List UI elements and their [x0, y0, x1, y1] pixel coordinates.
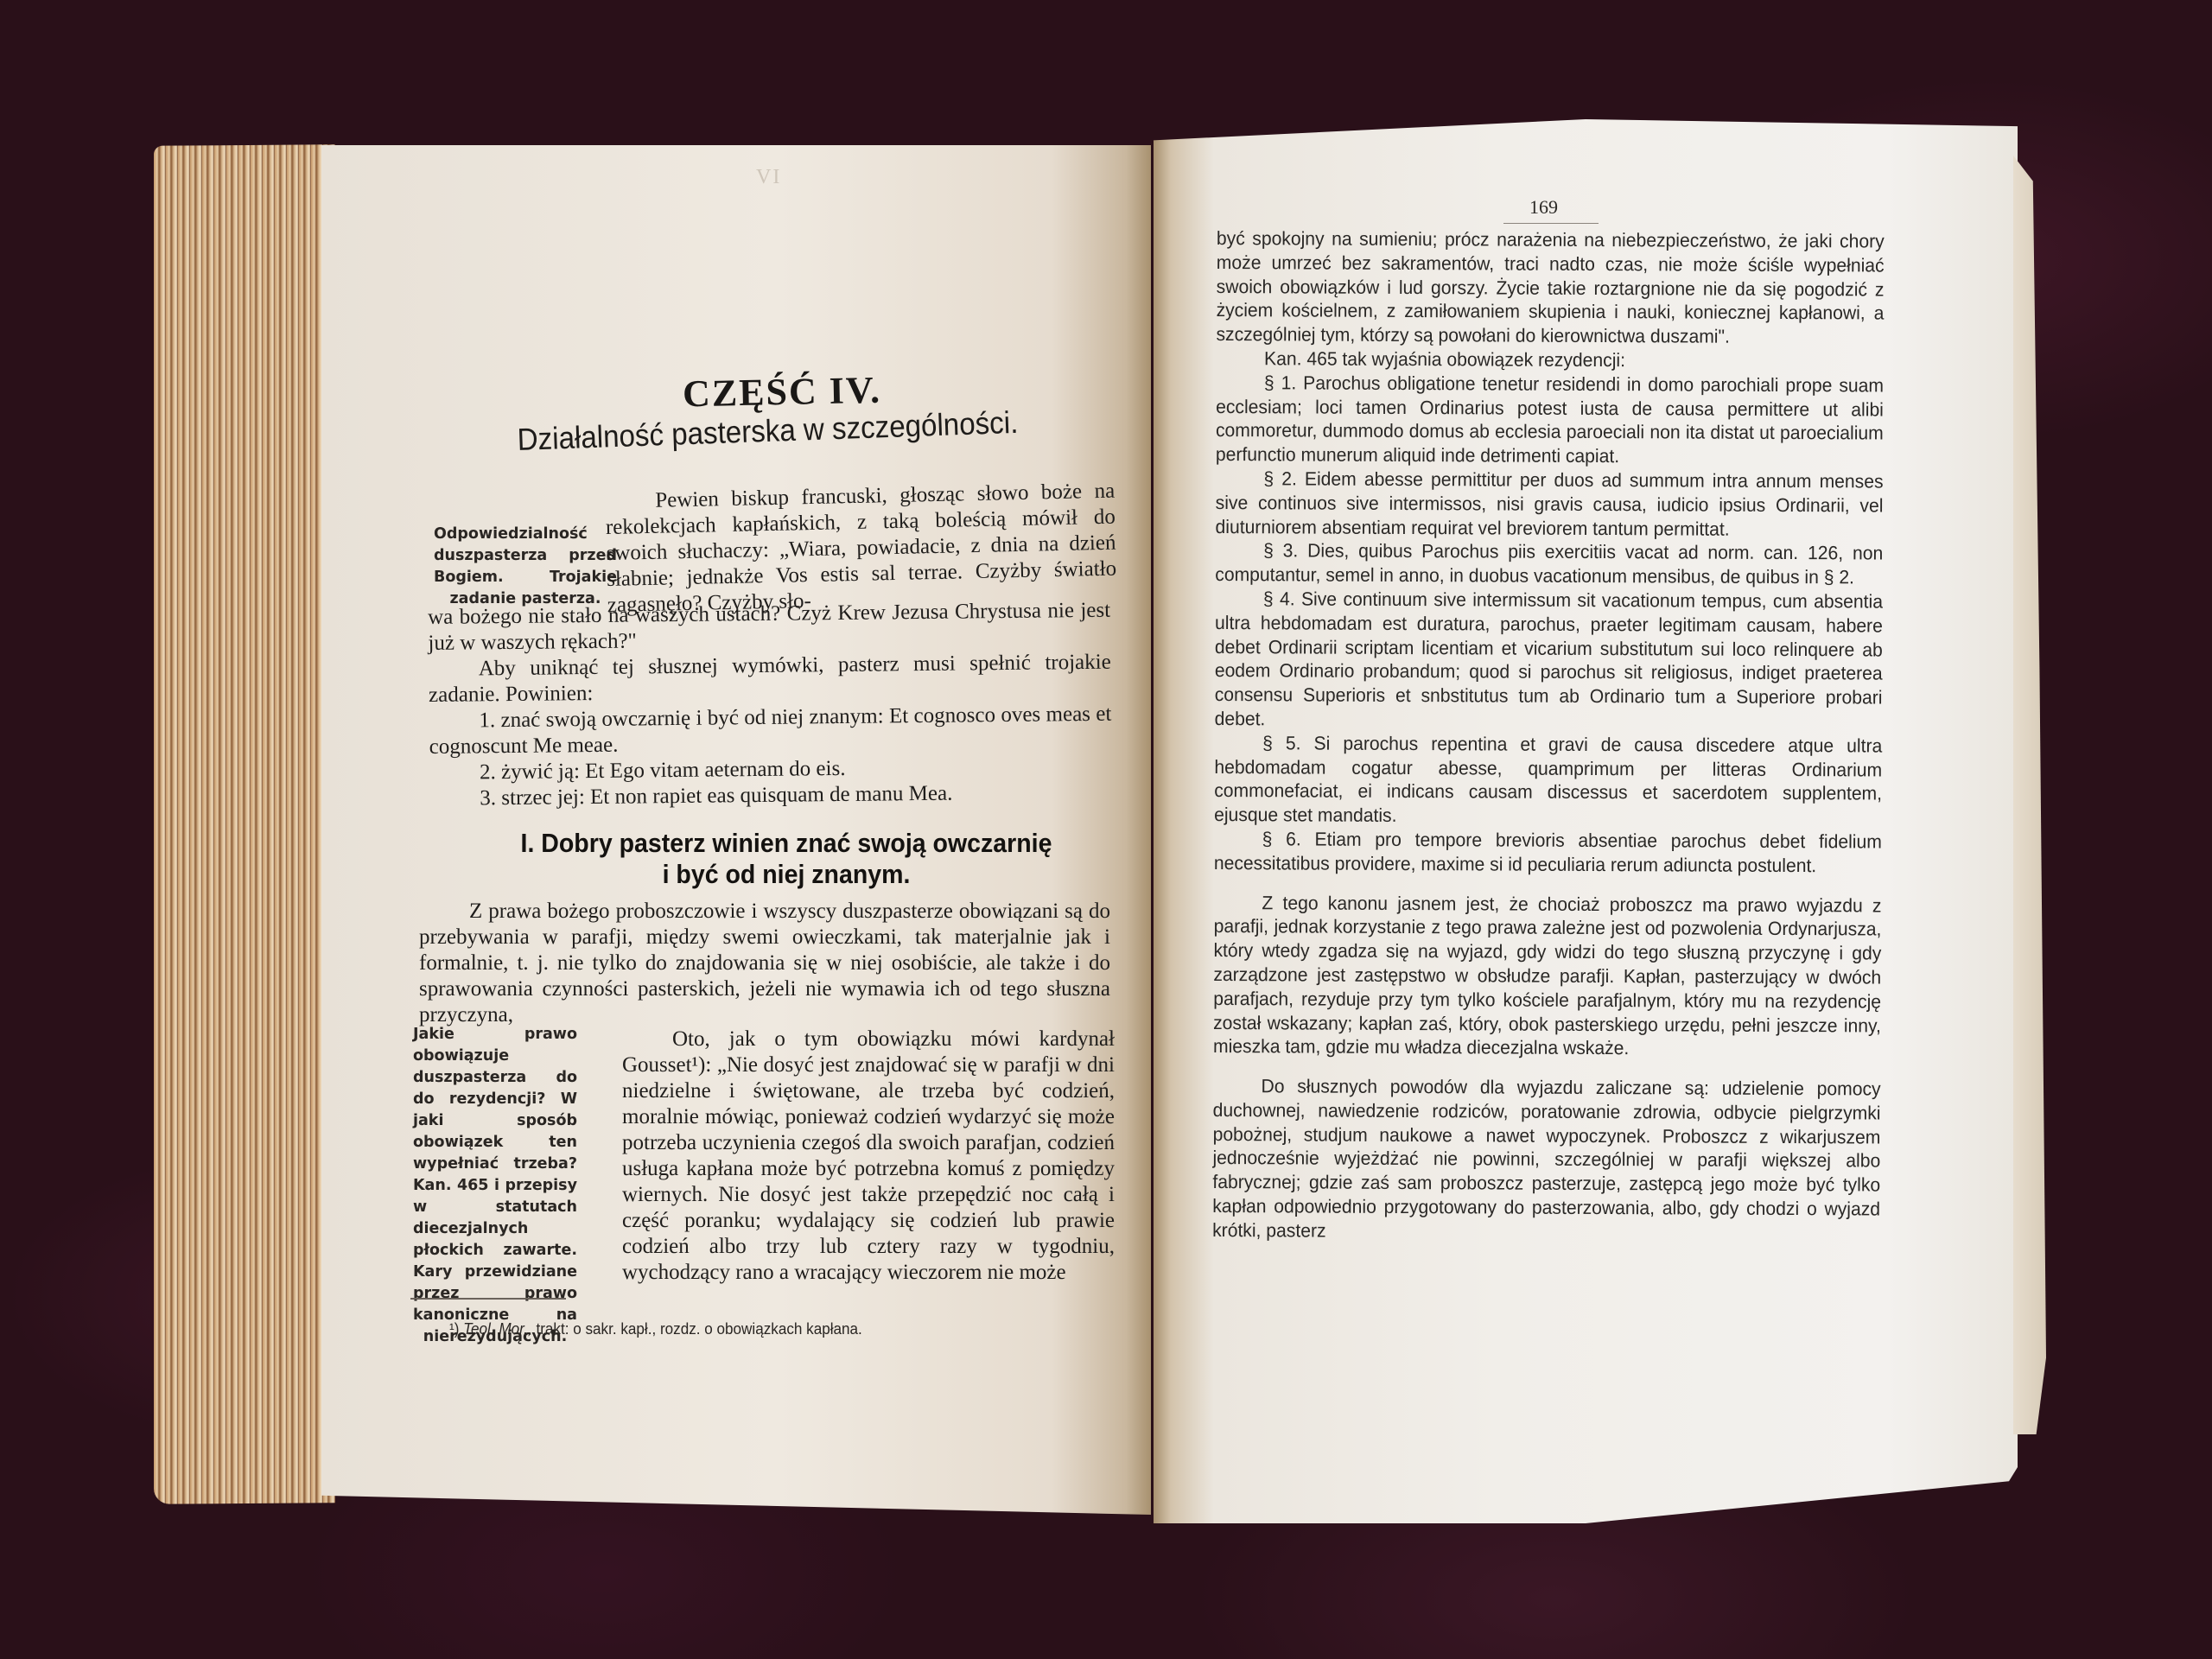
canon-section-4: § 4. Sive continuum sive intermissum sit… — [1215, 587, 1883, 734]
intro-paragraph-rest: wa bożego nie stało na waszych ustach? C… — [428, 598, 1111, 657]
right-page-text: być spokojny na sumieniu; prócz narażeni… — [1212, 226, 1885, 1245]
section-heading-line-1: I. Dobry pasterz winien znać swoją owcza… — [484, 828, 1088, 859]
canon-section-3: § 3. Dies, quibus Parochus piis exerciti… — [1215, 538, 1883, 589]
canon-section-6: § 6. Etiam pro tempore brevioris absenti… — [1214, 827, 1882, 878]
footnote-divider — [410, 1298, 566, 1300]
canon-section-2: § 2. Eidem abesse permittitur per duos a… — [1215, 467, 1883, 542]
right-page-worn-edge — [2013, 156, 2046, 1434]
reasons-paragraph: Do słusznych powodów dla wyjazdu zalicza… — [1212, 1074, 1881, 1245]
section-paragraph-text: Z prawa bożego proboszczowie i wszyscy d… — [419, 899, 1110, 1028]
footnote-text: trakt: o sakr. kapł., rozdz. o obowiązka… — [536, 1320, 861, 1338]
canon-section-5: § 5. Si parochus repentina et gravi de c… — [1214, 731, 1882, 830]
footnote-mark: ¹) — [449, 1320, 459, 1338]
canon-intro: Kan. 465 tak wyjaśnia obowiązek rezydenc… — [1216, 346, 1884, 373]
section-paragraph: Z prawa bożego proboszczowie i wszyscy d… — [419, 899, 1110, 1028]
page-number: 169 — [1529, 196, 1558, 219]
canon-section-1: § 1. Parochus obligatione tenetur reside… — [1216, 371, 1884, 470]
footnote-source: Teol. Mor., — [463, 1320, 532, 1338]
section-heading: I. Dobry pasterz winien znać swoją owcza… — [484, 828, 1088, 890]
duties-intro: Aby uniknąć tej słusznej wymówki, paster… — [429, 650, 1112, 709]
left-page-head-mark: VI — [756, 166, 781, 189]
gousset-paragraph-text: Oto, jak o tym obowiązku mówi kardynał G… — [622, 1027, 1115, 1286]
commentary-paragraph: Z tego kanonu jasnem jest, że chociaż pr… — [1213, 891, 1882, 1062]
continuation-paragraph: być spokojny na sumieniu; prócz narażeni… — [1216, 226, 1884, 349]
margin-note-responsibility: Odpowiedzialność duszpasterza przed Bogi… — [434, 524, 617, 610]
duty-item-1: 1. znać swoją owczarnię i być od niej zn… — [429, 702, 1112, 760]
part-title: CZĘŚĆ IV. — [682, 368, 881, 416]
intro-continuation: wa bożego nie stało na waszych ustach? C… — [428, 598, 1112, 812]
page-number-rule — [1503, 223, 1599, 224]
footnote: ¹) Teol. Mor., trakt: o sakr. kapł., roz… — [449, 1320, 862, 1338]
gousset-paragraph: Oto, jak o tym obowiązku mówi kardynał G… — [622, 1027, 1115, 1286]
page-block-edges — [154, 144, 335, 1503]
section-heading-line-2: i być od niej znanym. — [484, 859, 1088, 890]
